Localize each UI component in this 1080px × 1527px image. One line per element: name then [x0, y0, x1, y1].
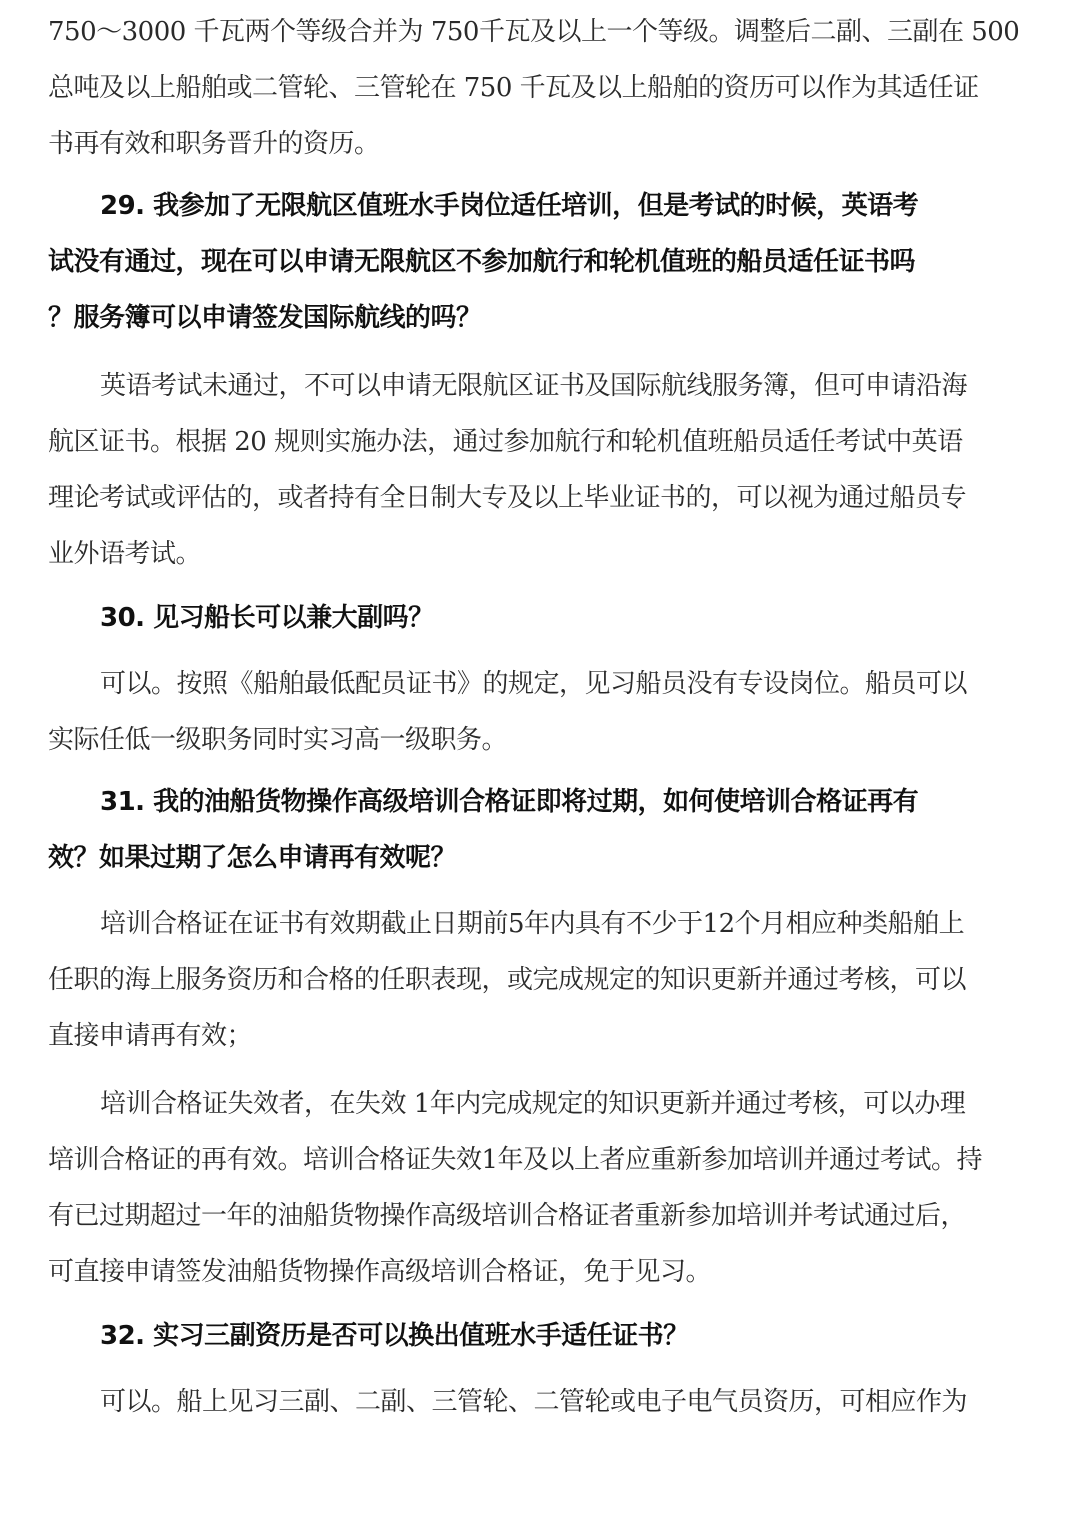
question-32-line: 32. 实习三副资历是否可以换出值班水手适任证书？ — [100, 1316, 1080, 1356]
answer-32-line: 可以。船上见习三副、二副、三管轮、二管轮或电子电气员资历，可相应作为 — [100, 1382, 1080, 1422]
answer-29-line: 英语考试未通过，不可以申请无限航区证书及国际航线服务簿，但可申请沿海 — [100, 366, 1080, 406]
answer-31-line: 培训合格证失效者，在失效 1年内完成规定的知识更新并通过考核，可以办理 — [100, 1084, 1080, 1124]
question-29-line: ？服务簿可以申请签发国际航线的吗？ — [48, 298, 1038, 338]
answer-30-line: 可以。按照《船舶最低配员证书》的规定，见习船员没有专设岗位。船员可以 — [100, 664, 1080, 704]
answer-31-line: 直接申请再有效； — [48, 1016, 1038, 1056]
question-30-line: 30. 见习船长可以兼大副吗？ — [100, 598, 1080, 638]
answer-30-line: 实际任低一级职务同时实习高一级职务。 — [48, 720, 1038, 760]
answer-31-line: 培训合格证在证书有效期截止日期前5年内具有不少于12个月相应种类船舶上 — [100, 904, 1080, 944]
question-31-line: 31. 我的油船货物操作高级培训合格证即将过期，如何使培训合格证再有 — [100, 782, 1080, 822]
answer-31-line: 任职的海上服务资历和合格的任职表现，或完成规定的知识更新并通过考核，可以 — [48, 960, 1038, 1000]
intro-line: 书再有效和职务晋升的资历。 — [48, 124, 1038, 164]
answer-31-line: 可直接申请签发油船货物操作高级培训合格证，免于见习。 — [48, 1252, 1038, 1292]
answer-29-line: 航区证书。根据 20 规则实施办法，通过参加航行和轮机值班船员适任考试中英语 — [48, 422, 1038, 462]
answer-29-line: 业外语考试。 — [48, 534, 1038, 574]
intro-line: 总吨及以上船舶或二管轮、三管轮在 750 千瓦及以上船舶的资历可以作为其适任证 — [48, 68, 1038, 108]
intro-line: 750～3000 千瓦两个等级合并为 750千瓦及以上一个等级。调整后二副、三副… — [48, 12, 1038, 52]
question-29-line: 试没有通过，现在可以申请无限航区不参加航行和轮机值班的船员适任证书吗 — [48, 242, 1038, 282]
answer-31-line: 有已过期超过一年的油船货物操作高级培训合格证者重新参加培训并考试通过后， — [48, 1196, 1038, 1236]
answer-31-line: 培训合格证的再有效。培训合格证失效1年及以上者应重新参加培训并通过考试。持 — [48, 1140, 1038, 1180]
answer-29-line: 理论考试或评估的，或者持有全日制大专及以上毕业证书的，可以视为通过船员专 — [48, 478, 1038, 518]
question-29-line: 29. 我参加了无限航区值班水手岗位适任培训，但是考试的时候，英语考 — [100, 186, 1080, 226]
question-31-line: 效？如果过期了怎么申请再有效呢？ — [48, 838, 1038, 878]
